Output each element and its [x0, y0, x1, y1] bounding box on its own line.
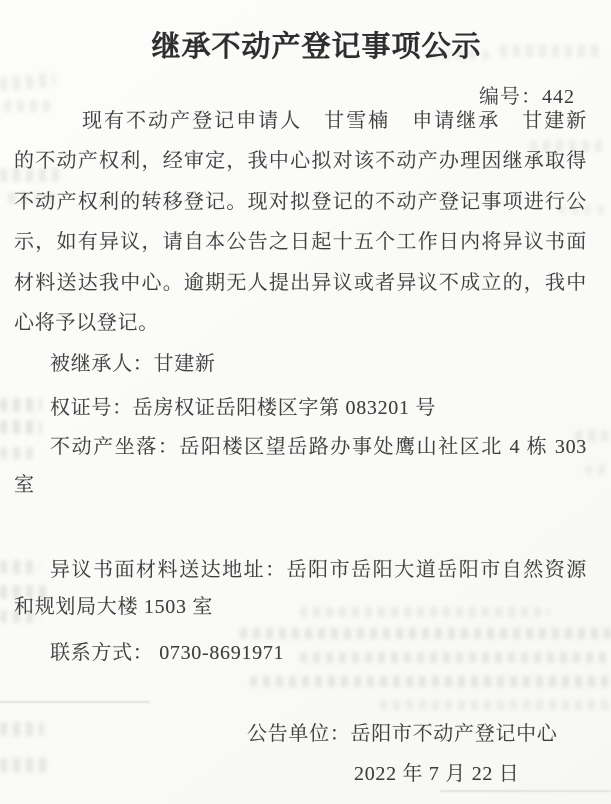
scanned-announcement-page: 继承不动产登记事项公示 编号：442 现有不动产登记申请人 甘雪楠 申请继承 甘… [0, 0, 611, 804]
bleed-through-artifact [240, 628, 611, 639]
body-paragraph-line: 不动产权利的转移登记。现对拟登记的不动产登记事项进行公 [14, 188, 587, 216]
issuing-unit-line: 公告单位：岳阳市不动产登记中心 [247, 720, 558, 748]
bleed-through-artifact [250, 676, 611, 687]
objection-address-line: 和规划局大楼 1503 室 [14, 593, 587, 621]
decedent-line: 被继承人：甘建新 [14, 350, 587, 378]
body-paragraph-line: 现有不动产登记申请人 甘雪楠 申请继承 甘建新 [14, 107, 587, 135]
body-paragraph-line: 的不动产权利，经审定，我中心拟对该不动产办理因继承取得 [14, 147, 587, 175]
bleed-through-artifact [0, 420, 42, 434]
bleed-through-artifact [0, 722, 44, 736]
property-location-line: 室 [14, 471, 587, 499]
body-paragraph-line: 材料送达我中心。逾期无人提出异议或者异议不成立的，我中 [14, 269, 587, 297]
date-line: 2022 年 7 月 22 日 [354, 760, 520, 788]
objection-address-line: 异议书面材料送达地址：岳阳市岳阳大道岳阳市自然资源 [14, 556, 587, 584]
scan-line-artifact [440, 790, 611, 792]
scan-line-artifact [0, 701, 150, 703]
property-location-line: 不动产坐落：岳阳楼区望岳路办事处鹰山社区北 4 栋 303 [14, 433, 587, 461]
bleed-through-artifact [380, 700, 610, 710]
bleed-through-artifact [0, 758, 50, 772]
body-paragraph-line: 心将予以登记。 [14, 309, 587, 337]
body-paragraph-line: 示，如有异议，请自本公告之日起十五个工作日内将异议书面 [14, 228, 587, 256]
contact-phone-line: 联系方式： 0730-8691971 [14, 639, 587, 667]
bleed-through-artifact [0, 72, 56, 92]
bleed-through-artifact [585, 465, 611, 475]
certificate-number-line: 权证号：岳房权证岳阳楼区字第 083201 号 [14, 394, 587, 422]
announcement-title: 继承不动产登记事项公示 [0, 24, 611, 65]
serial-number: 编号：442 [479, 80, 575, 109]
